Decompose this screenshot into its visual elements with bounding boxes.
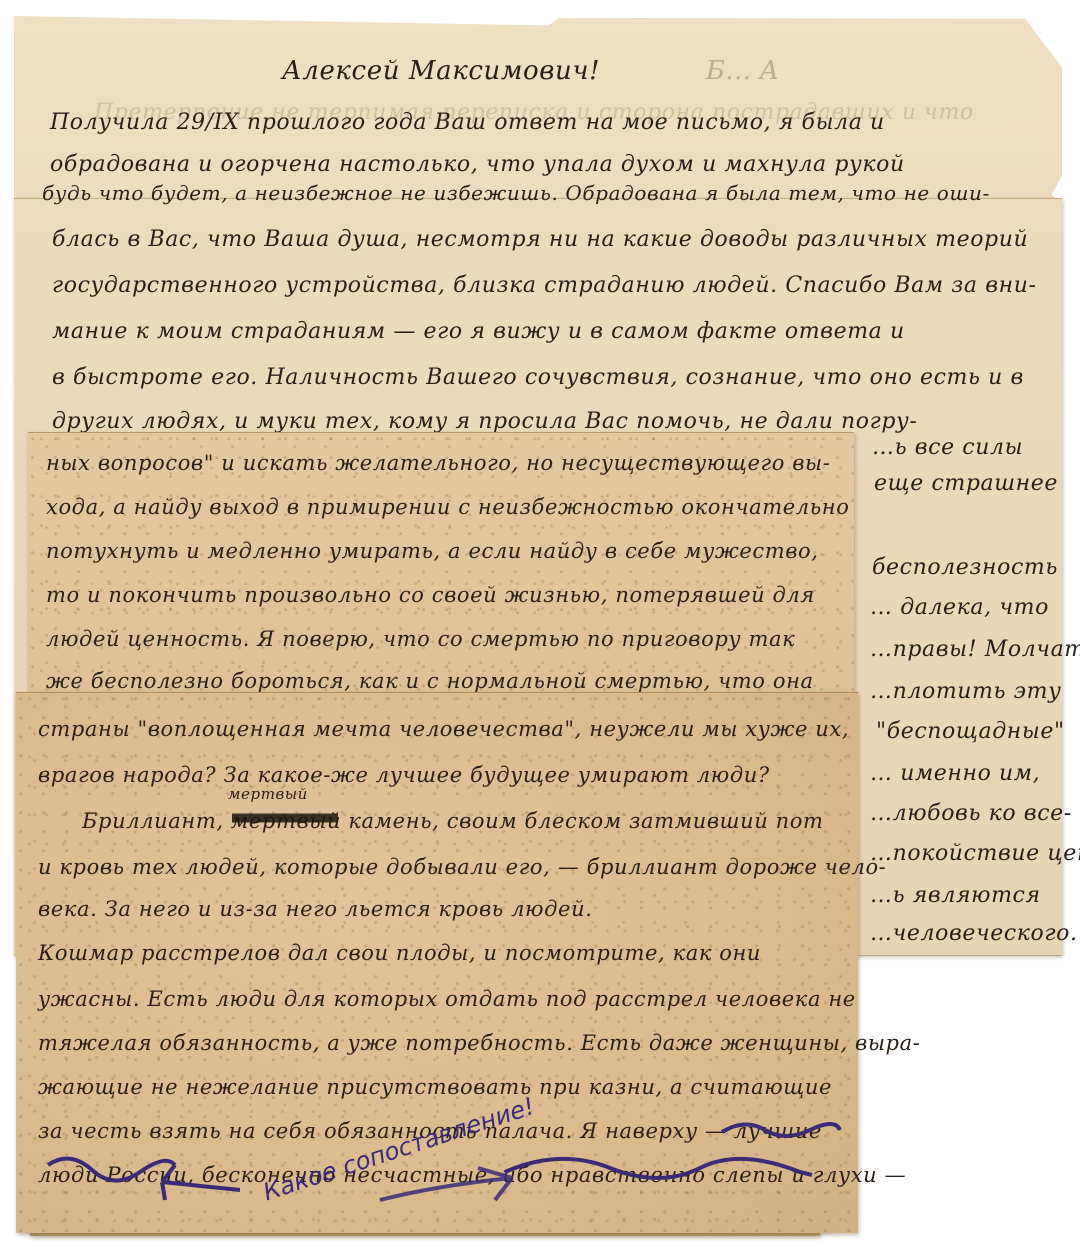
sheet3-line-11: люди России, бесконечно несчастные, ибо … — [38, 1163, 906, 1187]
right-col-line-7: "беспощадные" — [876, 719, 1065, 744]
sheet1-line-1: Получила 29/IX прошлого года Ваш ответ н… — [50, 110, 885, 135]
sheet3-line-7: ужасны. Есть люди для которых отдать под… — [38, 987, 856, 1011]
sheet1-line-8: других людях, и муки тех, кому я просила… — [52, 409, 917, 434]
sheet1-line-6: мание к моим страданиям — его я вижу и в… — [52, 319, 905, 344]
sheet2-line-1: ных вопросов" и искать желательного, но … — [46, 451, 830, 475]
sheet1-line-5: государственного устройства, близка стра… — [52, 273, 1037, 298]
sheet1-line-7: в быстроте его. Наличность Вашего сочувс… — [52, 365, 1024, 390]
sheet2-line-3: потухнуть и медленно умирать, а если най… — [46, 539, 819, 563]
right-col-line-9: …любовь ко все- — [870, 801, 1072, 826]
right-col-line-3: бесполезность — [872, 555, 1058, 580]
right-col-line-11: …ь являются — [870, 883, 1041, 908]
sheet2-line-6: же бесполезно бороться, как и с нормальн… — [46, 669, 814, 693]
sheet1-line-3: будь что будет, а неизбежное не избежишь… — [42, 181, 990, 205]
sheet3-line-2: врагов народа? За какое-же лучшее будуще… — [38, 763, 770, 787]
sheet1-line-4: блась в Вас, что Ваша душа, несмотря ни … — [52, 227, 1028, 252]
sheet3-line-3: Бриллиант, мертвый камень, своим блеском… — [82, 809, 824, 833]
right-col-line-6: …плотить эту — [870, 679, 1061, 704]
right-col-line-2: еще страшнее — [874, 471, 1058, 496]
sheet3-line-5: века. За него и из-за него льется кровь … — [38, 897, 593, 921]
letter-sheet-3: страны "воплощенная мечта человечества",… — [16, 692, 858, 1233]
right-col-line-12: …человеческого. — [870, 921, 1078, 946]
sheet3-line-4: и кровь тех людей, которые добывали его,… — [38, 855, 886, 879]
right-col-line-8: … именно им, — [870, 761, 1040, 786]
right-col-line-1: …ь все силы — [872, 435, 1023, 460]
sheet1-line-2: обрадована и огорчена настолько, что упа… — [50, 152, 905, 177]
sheet2-line-2: хода, а найду выход в примирении с неизб… — [46, 495, 849, 519]
sheet2-line-5: людей ценность. Я поверю, что со смертью… — [46, 627, 795, 651]
letter-greeting: Алексей Максимович! — [282, 56, 600, 86]
sheet3-line-1: страны "воплощенная мечта человечества",… — [38, 717, 849, 741]
sheet3-line-8: тяжелая обязанность, а уже потребность. … — [38, 1031, 920, 1055]
sheet3-line-9: жающие не нежелание присутствовать при к… — [38, 1075, 832, 1099]
right-col-line-5: …правы! Молчать — [870, 637, 1080, 662]
right-col-line-4: … далека, что — [870, 595, 1049, 620]
inserted-word: мертвый — [228, 785, 308, 803]
sheet3-line-6: Кошмар расстрелов дал свои плоды, и посм… — [38, 941, 761, 965]
right-col-line-10: …покойствие ценою — [870, 841, 1080, 866]
pencil-mark: Б… А — [706, 56, 779, 86]
sheet2-line-4: то и покончить произвольно со своей жизн… — [46, 583, 815, 607]
letter-sheet-2: ных вопросов" и искать желательного, но … — [28, 432, 854, 703]
